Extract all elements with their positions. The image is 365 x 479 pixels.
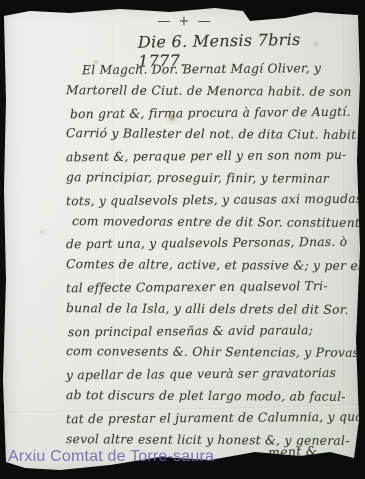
manuscript-line: com movedoras entre de dit Sor. constitu… bbox=[72, 211, 355, 235]
manuscript-line: tat de prestar el jurament de Calumnia, … bbox=[66, 406, 355, 430]
manuscript-line: Comtes de altre, active, et passive &; y… bbox=[66, 254, 355, 278]
cross-mark: — + — bbox=[150, 14, 220, 29]
manuscript-line: bon grat &, firma procura à favor de Aug… bbox=[70, 101, 355, 125]
manuscript-paper: — + — Die 6. Mensis 7bris 1777. El Magch… bbox=[0, 0, 365, 479]
manuscript-line: tots, y qualsevols plets, y causas axi m… bbox=[66, 189, 355, 213]
manuscript-closing-line: ment & bbox=[268, 443, 318, 460]
manuscript-line: Martorell de Ciut. de Menorca habit. de … bbox=[66, 80, 355, 104]
archive-watermark: Arxiu Comtat de Torre-saura bbox=[8, 448, 214, 466]
manuscript-line: com convesents &. Ohir Sentencias, y Pro… bbox=[66, 341, 355, 365]
manuscript-line: son principal enseñas & avid paraula; bbox=[68, 319, 355, 343]
manuscript-line: El Magch. Dor. Bernat Magí Oliver, y bbox=[82, 58, 355, 82]
manuscript-line: ga principiar, proseguir, finir, y termi… bbox=[66, 167, 355, 191]
manuscript-line: ab tot discurs de plet largo modo, ab fa… bbox=[66, 385, 355, 409]
manuscript-line: Carrió y Ballester del not. de dita Ciut… bbox=[66, 124, 355, 148]
manuscript-line: bunal de la Isla, y alli dels drets del … bbox=[66, 298, 355, 322]
manuscript-line: absent &, peraque per ell y en son nom p… bbox=[66, 145, 355, 169]
manuscript-line: tal effecte Comparexer en qualsevol Tri- bbox=[66, 276, 355, 300]
manuscript-line: de part una, y qualsevols Personas, Dnas… bbox=[66, 232, 355, 256]
document-scan: — + — Die 6. Mensis 7bris 1777. El Magch… bbox=[0, 0, 365, 479]
manuscript-text-block: El Magch. Dor. Bernat Magí Oliver, y Mar… bbox=[66, 59, 355, 451]
manuscript-line: y apellar de las que veurà ser gravatori… bbox=[66, 363, 355, 387]
